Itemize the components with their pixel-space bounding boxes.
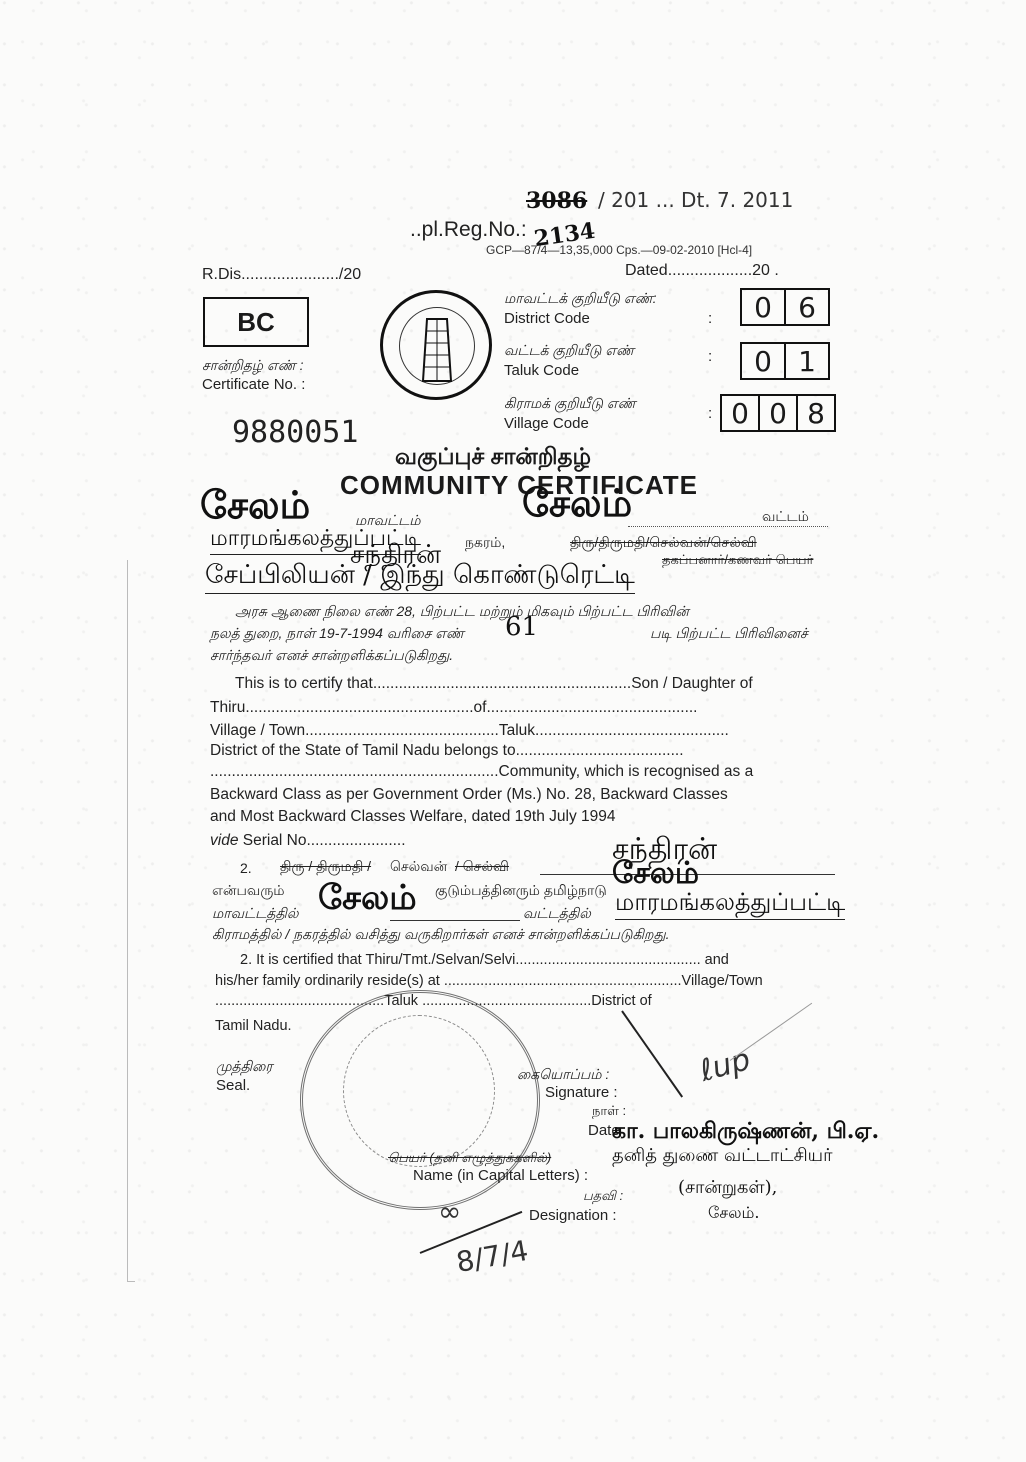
res-line-2-pre: என்பவரும் bbox=[212, 882, 285, 901]
designation-label-ta: பதவி : bbox=[583, 1188, 623, 1205]
reg-date: / 201 ... Dt. 7. 2011 bbox=[598, 188, 793, 212]
reg-no-struck: 3086 bbox=[526, 188, 587, 214]
village-code-digit: 8 bbox=[798, 396, 834, 430]
res-en-line-4: Tamil Nadu. bbox=[215, 1018, 292, 1034]
parent-label-ta: தகப்பனார்/கணவர் பெயர் bbox=[662, 552, 813, 569]
tamil-nadu-emblem-icon bbox=[380, 290, 492, 400]
en-line-8: vide Serial No....................... bbox=[210, 832, 406, 850]
certificate-no-label-ta: சான்றிதழ் எண் : bbox=[202, 357, 303, 376]
designation-label-en: Designation : bbox=[529, 1207, 617, 1224]
village-code-digit: 0 bbox=[722, 396, 760, 430]
serial-no-label: Serial No....................... bbox=[243, 832, 406, 849]
taluk-code-digit: 0 bbox=[742, 344, 786, 378]
en-line-7: and Most Backward Classes Welfare, dated… bbox=[210, 808, 616, 826]
taluk-code-digit: 1 bbox=[786, 344, 828, 378]
res-en-line-1: 2. It is certified that Thiru/Tmt./Selva… bbox=[240, 952, 729, 968]
taluk-code-box: 0 1 bbox=[740, 342, 830, 380]
officer-name-handwritten: கா. பாலகிருஷ்ணன், பி.ஏ. bbox=[612, 1118, 879, 1147]
initial-date-handwritten: 8/7/4 bbox=[454, 1234, 531, 1279]
print-info: GCP—87/4—13,35,000 Cps.—09-02-2010 [Hcl-… bbox=[486, 243, 752, 257]
district-code-label-ta: மாவட்டக் குறியீடு எண்: bbox=[504, 290, 657, 309]
officer-title-ta: தனித் துணை வட்டாட்சியர் bbox=[612, 1145, 833, 1168]
res-line-3-pre: மாவட்டத்தில் bbox=[212, 905, 298, 924]
page-edge-line bbox=[127, 560, 128, 1282]
certificate-no-label-en: Certificate No. : bbox=[202, 376, 305, 393]
taluk-code-label: Taluk Code bbox=[504, 362, 579, 379]
res-taluk-line bbox=[390, 920, 520, 921]
signature-stroke bbox=[621, 1010, 683, 1097]
res-title-pre: திரு / திருமதி / bbox=[280, 858, 371, 877]
en-line-2: Thiru...................................… bbox=[210, 699, 698, 717]
en-line-6: Backward Class as per Government Order (… bbox=[210, 786, 728, 804]
village-code-digit: 0 bbox=[760, 396, 798, 430]
title-options-ta: திரு/திருமதி/செல்வன்/செல்வி bbox=[570, 534, 757, 553]
res-num: 2. bbox=[240, 860, 252, 876]
title-tamil: வகுப்புச் சான்றிதழ் bbox=[395, 443, 591, 473]
district-code-digit: 0 bbox=[742, 290, 786, 324]
taluk-code-colon: : bbox=[708, 348, 712, 365]
village-code-colon: : bbox=[708, 405, 712, 422]
dated-field: Dated...................20 . bbox=[625, 262, 779, 280]
seal-label-en: Seal. bbox=[216, 1077, 250, 1094]
district-code-box: 0 6 bbox=[740, 288, 830, 326]
res-title-kept: செல்வன் bbox=[390, 858, 447, 877]
village-code-label-ta: கிராமக் குறியீடு எண் bbox=[504, 395, 636, 414]
title-english: COMMUNITY CERTIFICATE bbox=[340, 470, 698, 501]
officer-title-ta-2: (சான்றுகள்), bbox=[678, 1177, 777, 1200]
seal-label-ta: முத்திரை bbox=[216, 1058, 273, 1077]
village-code-box: 0 0 8 bbox=[720, 394, 836, 432]
en-line-1: This is to certify that.................… bbox=[235, 675, 753, 693]
initial-scribble: ∞ bbox=[438, 1195, 461, 1228]
nagaram-label: நகரம், bbox=[465, 534, 505, 553]
go-line-2-post: படி பிற்பட்ட பிரிவினைச் bbox=[650, 625, 808, 644]
serial-no-handwritten: 61 bbox=[505, 612, 538, 642]
name-label-ta: பெயர் (தனி எழுத்துக்களில்) bbox=[388, 1150, 551, 1167]
res-line-2-post: குடும்பத்தினரும் தமிழ்நாடு bbox=[435, 882, 607, 901]
go-line-1: அரசு ஆணை நிலை எண் 28, பிற்பட்ட மற்றும் ம… bbox=[235, 603, 689, 622]
rdis-field: R.Dis....................../20 bbox=[202, 266, 361, 284]
certificate-number: 9880051 bbox=[232, 415, 358, 450]
taluk-label-ta: வட்டம் bbox=[762, 508, 809, 527]
res-line-4: கிராமத்தில் / நகரத்தில் வசித்து வருகிறார… bbox=[212, 926, 670, 945]
district-code-label: District Code bbox=[504, 310, 590, 327]
res-village-handwritten: மாரமங்கலத்துப்பட்டி bbox=[615, 888, 845, 920]
go-line-3: சார்ந்தவர் எனச் சான்றளிக்கப்படுகிறது. bbox=[210, 647, 453, 666]
res-district-handwritten: சேலம் bbox=[318, 878, 417, 922]
signature-label-ta: கையொப்பம் : bbox=[517, 1066, 609, 1085]
vide-label: vide bbox=[210, 832, 238, 849]
district-code-digit: 6 bbox=[786, 290, 828, 324]
signature-label-en: Signature : bbox=[545, 1084, 618, 1101]
reg-no-label: ..pl.Reg.No.: bbox=[410, 218, 527, 242]
page-edge-foot bbox=[127, 1281, 135, 1282]
res-title-post: / செல்வி bbox=[455, 858, 509, 877]
taluk-code-label-ta: வட்டக் குறியீடு எண் bbox=[504, 342, 634, 361]
taluk-handwritten: சேலம் bbox=[522, 480, 632, 531]
en-line-3: Village / Town..........................… bbox=[210, 722, 729, 740]
en-line-5: ........................................… bbox=[210, 763, 753, 781]
res-en-line-2: his/her family ordinarily reside(s) at .… bbox=[215, 973, 763, 989]
community-handwritten: சேப்பிலியன் / இந்து கொண்டுரெட்டி bbox=[205, 560, 635, 594]
en-line-4: District of the State of Tamil Nadu belo… bbox=[210, 742, 684, 760]
village-code-label: Village Code bbox=[504, 415, 589, 432]
go-line-2-pre: நலத் துறை, நாள் 19-7-1994 வரிசை எண் bbox=[210, 625, 464, 644]
signature-stroke-2 bbox=[730, 1003, 812, 1061]
category-badge: BC bbox=[203, 297, 309, 347]
res-line-3-mid: வட்டத்தில் bbox=[523, 905, 591, 924]
designation-place: சேலம். bbox=[708, 1203, 759, 1224]
district-code-colon: : bbox=[708, 310, 712, 327]
name-label-en: Name (in Capital Letters) : bbox=[413, 1167, 588, 1184]
